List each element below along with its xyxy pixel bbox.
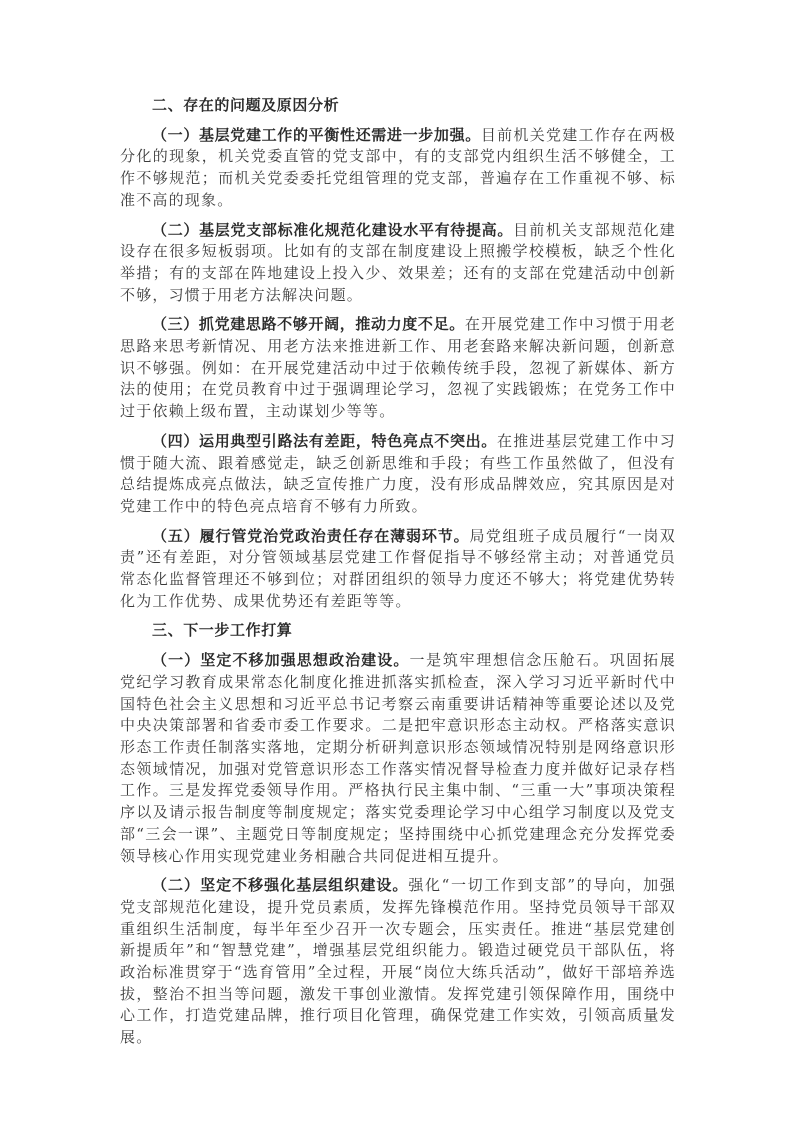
paragraph-body: 一是筑牢理想信念压舱石。巩固拓展党纪学习教育成果常态化制度化推进抓落实抓检查，深… bbox=[120, 651, 676, 864]
section-heading: 三、下一步工作打算 bbox=[120, 620, 676, 642]
paragraph-lead: （二）坚定不移强化基层组织建设。 bbox=[152, 876, 408, 894]
paragraph-lead: （三）抓党建思路不够开阔，推动力度不足。 bbox=[152, 315, 465, 333]
paragraph-problem-3: （三）抓党建思路不够开阔，推动力度不足。在开展党建工作中习惯于用老思路来思考新情… bbox=[120, 314, 676, 423]
paragraph-lead: （一）坚定不移加强思想政治建设。 bbox=[152, 651, 409, 669]
paragraph-lead: （二）基层党支部标准化规范化建设水平有待提高。 bbox=[152, 221, 513, 239]
paragraph-problem-5: （五）履行管党治党政治责任存在薄弱环节。局党组班子成员履行“一岗双责”还有差距，… bbox=[120, 526, 676, 613]
section-heading: 二、存在的问题及原因分析 bbox=[120, 95, 676, 117]
paragraph-body: 强化“一切工作到支部”的导向，加强党支部规范化建设，提升党员素质，发挥先锋模范作… bbox=[120, 876, 676, 1046]
paragraph-lead: （四）运用典型引路法有差距，特色亮点不突出。 bbox=[152, 432, 497, 450]
section-problems-analysis: 二、存在的问题及原因分析 （一）基层党建工作的平衡性还需进一步加强。目前机关党建… bbox=[120, 95, 676, 612]
section-next-steps: 三、下一步工作打算 （一）坚定不移加强思想政治建设。一是筑牢理想信念压舱石。巩固… bbox=[120, 620, 676, 1048]
paragraph-lead: （五）履行管党治党政治责任存在薄弱环节。 bbox=[152, 527, 469, 545]
paragraph-problem-2: （二）基层党支部标准化规范化建设水平有待提高。目前机关支部规范化建设存在很多短板… bbox=[120, 220, 676, 307]
paragraph-problem-1: （一）基层党建工作的平衡性还需进一步加强。目前机关党建工作存在两极分化的现象，机… bbox=[120, 125, 676, 212]
paragraph-problem-4: （四）运用典型引路法有差距，特色亮点不突出。在推进基层党建工作中习惯于随大流、跟… bbox=[120, 431, 676, 518]
paragraph-plan-1: （一）坚定不移加强思想政治建设。一是筑牢理想信念压舱石。巩固拓展党纪学习教育成果… bbox=[120, 650, 676, 867]
document-page: 二、存在的问题及原因分析 （一）基层党建工作的平衡性还需进一步加强。目前机关党建… bbox=[120, 95, 676, 1057]
paragraph-lead: （一）基层党建工作的平衡性还需进一步加强。 bbox=[152, 126, 481, 144]
paragraph-plan-2: （二）坚定不移强化基层组织建设。强化“一切工作到支部”的导向，加强党支部规范化建… bbox=[120, 875, 676, 1049]
